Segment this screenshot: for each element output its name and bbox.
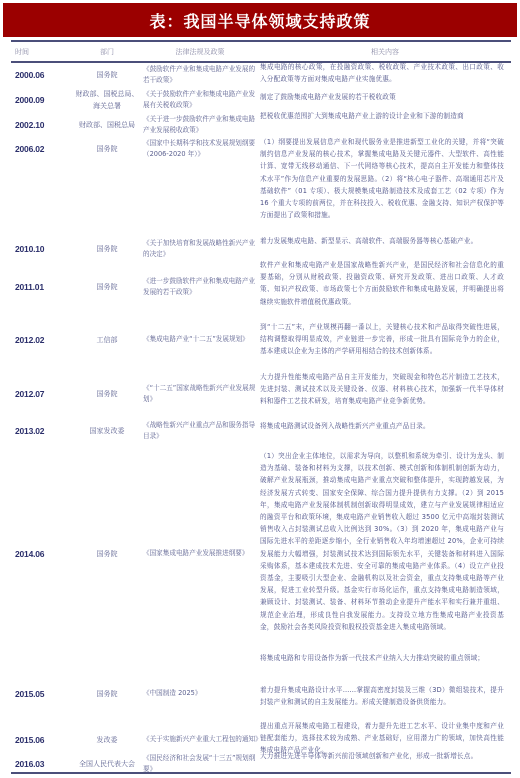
row-date: 2015.05 xyxy=(11,682,73,706)
content-cell: 大力推进先进半导体等新兴前沿领域创新和产业化，形成一批新增长点。 xyxy=(260,750,504,762)
content-cell: 到“十二五”末，产业规模再翻一番以上，关键核心技术和产品取得突破性进展，结构调整… xyxy=(260,321,504,358)
row-law: 《战略性新兴产业重点产品和服务指导目录》 xyxy=(141,418,259,444)
row-law: 《关于加快培育和发展战略性新兴产业的决定》 xyxy=(141,237,259,261)
row-date: 2012.07 xyxy=(11,381,73,407)
content-cell: 将集成电路和专用设备作为新一代技术产业纳入大力推动突破的重点领域； xyxy=(260,652,504,664)
content-cell: 将集成电路测试设备列入战略性新兴产业重点产品目录。 xyxy=(260,420,504,432)
row-date: 2002.10 xyxy=(11,113,73,137)
header-dept: 部门 xyxy=(73,47,141,57)
row-dept: 国务院 xyxy=(73,137,141,161)
content-cell: 着力提升集成电路设计水平……掌握高密度封装及三维（3D）微组装技术，提升封装产业… xyxy=(260,684,504,708)
header-date: 时间 xyxy=(11,47,73,57)
row-dept: 国务院 xyxy=(73,381,141,407)
row-date: 2011.01 xyxy=(11,274,73,300)
row-dept: 国家发改委 xyxy=(73,418,141,444)
row-law: 《集成电路产业“十二五”发展规划》 xyxy=(141,328,259,352)
row-date: 2015.06 xyxy=(11,727,73,753)
row-dept: 国务院 xyxy=(73,682,141,706)
row-dept: 财政部、国税总局、海关总署 xyxy=(73,87,141,113)
content-cell: 着力发展集成电路、新型显示、高端软件、高端服务器等核心基础产业。 xyxy=(260,235,504,247)
content-cell: 软件产业和集成电路产业是国家战略性新兴产业，是国民经济和社会信息化的重要基础，分… xyxy=(260,259,504,308)
row-law: 《关于进一步鼓励软件产业和集成电路产业发展税收政策》 xyxy=(141,113,259,137)
row-law: 《国家集成电路产业发展推进纲要》 xyxy=(141,542,259,566)
row-dept: 国务院 xyxy=(73,237,141,261)
row-date: 2000.09 xyxy=(11,87,73,113)
row-dept: 财政部、国税总局 xyxy=(73,113,141,137)
row-law: 《国家中长期科学和技术发展规划纲要（2006-2020 年）》 xyxy=(141,137,259,161)
row-dept: 国务院 xyxy=(73,274,141,300)
row-date: 2000.06 xyxy=(11,63,73,87)
content-cell: 大力提升性能集成电路产品自主开发能力，突破现金和特色芯片制造工艺技术，先进封装、… xyxy=(260,371,504,408)
row-law: 《关于鼓励软件产业和集成电路产业发展有关税收政策》 xyxy=(141,87,259,113)
row-law: 《中国制造 2025》 xyxy=(141,682,259,706)
header-law: 法律法规及政策 xyxy=(141,47,259,57)
row-date: 2012.02 xyxy=(11,328,73,352)
row-law: 《“十二五”国家战略性新兴产业发展规划》 xyxy=(141,381,259,407)
header-content: 相关内容 xyxy=(259,47,511,57)
row-date: 2014.06 xyxy=(11,542,73,566)
table-header: 时间 部门 法律法规及政策 相关内容 xyxy=(11,42,511,61)
row-dept: 国务院 xyxy=(73,542,141,566)
row-date: 2010.10 xyxy=(11,237,73,261)
content-cell: （1）纲要提出发展信息产业和现代服务业是推进新型工业化的关键，并将“突破制约信息… xyxy=(260,136,504,221)
row-law: 《关于实施新兴产业重大工程包的通知》 xyxy=(141,727,259,753)
policy-table: 时间 部门 法律法规及政策 相关内容 xyxy=(11,40,511,63)
table-title: 表：我国半导体领域支持政策 xyxy=(3,3,517,37)
row-dept: 发改委 xyxy=(73,727,141,753)
content-cell: 把税收优惠范围扩大到集成电路产业上游的设计企业和下游的制造商 xyxy=(260,110,504,122)
content-cell: 集成电路的核心政策，在投融资政策、税收政策、产业技术政策、出口政策、收入分配政策… xyxy=(260,61,504,85)
row-law: 《进一步鼓励软件产业和集成电路产业发展的若干政策》 xyxy=(141,274,259,300)
row-dept: 国务院 xyxy=(73,63,141,87)
row-law: 《鼓励软件产业和集成电路产业发展的若干政策》 xyxy=(141,63,259,87)
bottom-rule xyxy=(11,772,511,774)
row-date: 2006.02 xyxy=(11,137,73,161)
content-cell: 制定了鼓励集成电路产业发展的若干税收政策 xyxy=(260,91,504,103)
row-dept: 工信部 xyxy=(73,328,141,352)
row-date: 2013.02 xyxy=(11,418,73,444)
content-cell: （1）突出企业主体地位，以需求为导向，以整机和系统为牵引、设计为龙头、制造为基础… xyxy=(260,450,504,633)
